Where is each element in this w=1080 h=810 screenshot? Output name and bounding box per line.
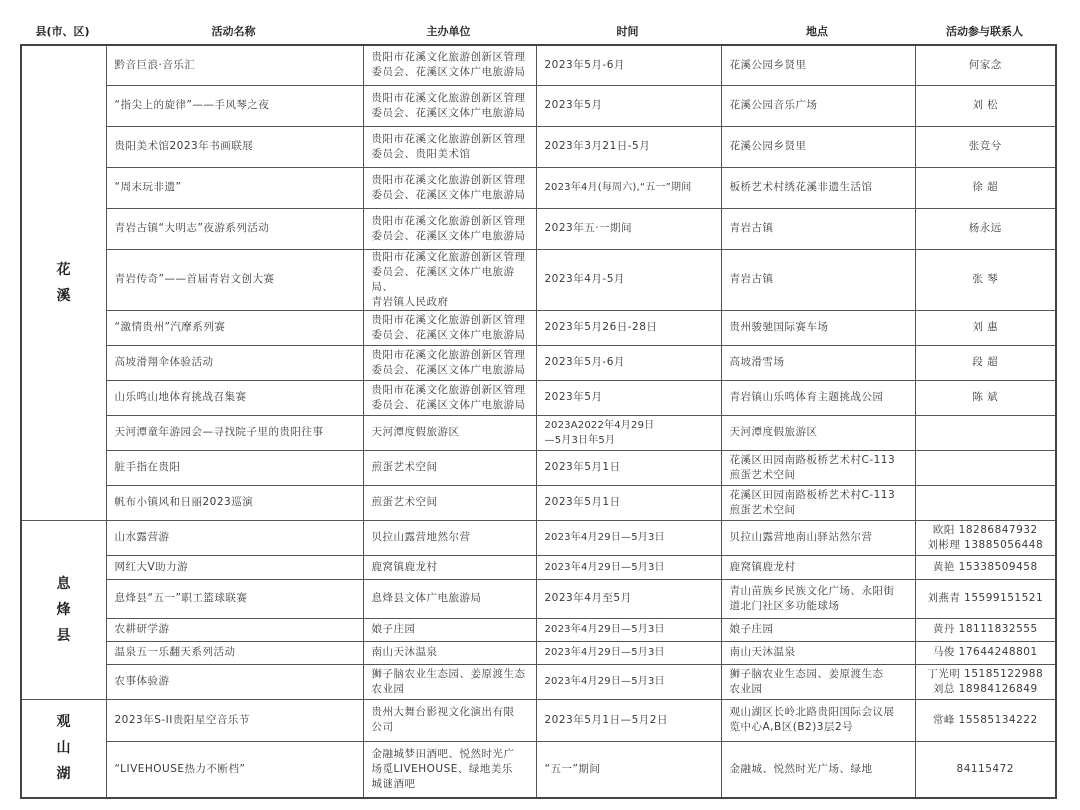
activity-name-cell: “LIVEHOUSE热力不断档” xyxy=(106,741,363,798)
table-row: “指尖上的旋律”——手风琴之夜贵阳市花溪文化旅游创新区管理委员会、花溪区文体广电… xyxy=(21,85,1056,126)
table-row: 贵阳美术馆2023年书画联展贵阳市花溪文化旅游创新区管理委员会、贵阳美术馆202… xyxy=(21,126,1056,167)
contact-cell: 刘 惠 xyxy=(915,310,1056,345)
activity-name-cell: 帆布小镇风和日丽2023巡演 xyxy=(106,485,363,520)
place-cell-line: 煎蛋艺术空间 xyxy=(730,468,907,483)
place-cell-line: 青岩古镇 xyxy=(730,221,907,236)
place-cell: 高坡滑雪场 xyxy=(721,345,915,380)
activity-name-cell: 网红大V助力游 xyxy=(106,555,363,579)
time-cell: “五一”期间 xyxy=(536,741,721,798)
time-cell-line: 2023年4月29日—5月3日 xyxy=(545,622,713,637)
place-cell-line: 道北门社区多功能球场 xyxy=(730,599,907,614)
contact-cell-line: 丁光明 15185122988 xyxy=(924,667,1048,682)
host-cell: 贵阳市花溪文化旅游创新区管理委员会、花溪区文体广电旅游局 xyxy=(363,167,536,208)
host-cell-line: 贝拉山露营地然尔营 xyxy=(372,530,528,545)
place-cell-line: 金融城、悦然时光广场、绿地 xyxy=(730,762,907,777)
place-cell: 金融城、悦然时光广场、绿地 xyxy=(721,741,915,798)
col-header-place: 地点 xyxy=(720,20,914,44)
time-cell-line: 2023年5月 xyxy=(545,98,713,113)
col-header-host: 主办单位 xyxy=(362,20,535,44)
host-cell-line: 委员会、花溪区文体广电旅游局 xyxy=(372,398,528,413)
place-cell-line: 花溪公园音乐广场 xyxy=(730,98,907,113)
place-cell: 花溪公园乡贤里 xyxy=(721,126,915,167)
place-cell-line: 天河潭度假旅游区 xyxy=(730,425,907,440)
table-row: 息烽县“五一”职工篮球联赛息烽县文体广电旅游局2023年4月至5月青山苗族乡民族… xyxy=(21,579,1056,618)
host-cell-line: 委员会、花溪区文体广电旅游局 xyxy=(372,188,528,203)
county-char: 花 xyxy=(22,257,106,283)
contact-cell: 刘 松 xyxy=(915,85,1056,126)
host-cell-line: 委员会、贵阳美术馆 xyxy=(372,147,528,162)
host-cell-line: 鹿窝镇鹿龙村 xyxy=(372,560,528,575)
host-cell-line: 贵阳市花溪文化旅游创新区管理 xyxy=(372,50,528,65)
activity-name-cell: 农耕研学游 xyxy=(106,618,363,641)
col-header-time: 时间 xyxy=(535,20,720,44)
host-cell-line: 委员会、花溪区文体广电旅游局、 xyxy=(372,265,528,295)
host-cell-line: 煎蛋艺术空间 xyxy=(372,495,528,510)
host-cell-line: 委员会、花溪区文体广电旅游局 xyxy=(372,229,528,244)
county-char: 山 xyxy=(22,735,106,761)
time-cell-line: “五一”期间 xyxy=(545,762,713,777)
host-cell: 贝拉山露营地然尔营 xyxy=(363,520,536,555)
place-cell-line: 花溪公园乡贤里 xyxy=(730,58,907,73)
contact-cell: 陈 斌 xyxy=(915,380,1056,415)
contact-cell: 何家念 xyxy=(915,45,1056,85)
place-cell: 花溪区田园南路板桥艺术村C-113煎蛋艺术空间 xyxy=(721,450,915,485)
table-row: 网红大V助力游鹿窝镇鹿龙村2023年4月29日—5月3日鹿窝镇鹿龙村黄艳 153… xyxy=(21,555,1056,579)
host-cell-line: 贵阳市花溪文化旅游创新区管理 xyxy=(372,383,528,398)
place-cell: 青山苗族乡民族文化广场、永阳街道北门社区多功能球场 xyxy=(721,579,915,618)
table-row: 帆布小镇风和日丽2023巡演煎蛋艺术空间2023年5月1日花溪区田园南路板桥艺术… xyxy=(21,485,1056,520)
time-cell: 2023年4月29日—5月3日 xyxy=(536,664,721,699)
host-cell: 贵阳市花溪文化旅游创新区管理委员会、花溪区文体广电旅游局 xyxy=(363,345,536,380)
host-cell-line: 公司 xyxy=(372,720,528,735)
contact-cell-line: 徐 超 xyxy=(924,180,1048,195)
time-cell-line: 2023年4月29日—5月3日 xyxy=(545,560,713,575)
place-cell-line: 娘子庄园 xyxy=(730,622,907,637)
host-cell-line: 狮子脑农业生态园、姜原渡生态 xyxy=(372,667,528,682)
county-char: 烽 xyxy=(22,597,106,623)
col-header-contact: 活动参与联系人 xyxy=(914,20,1055,44)
place-cell: 花溪公园音乐广场 xyxy=(721,85,915,126)
time-cell: 2023年5月 xyxy=(536,380,721,415)
host-cell-line: 委员会、花溪区文体广电旅游局 xyxy=(372,106,528,121)
table-row: 山乐鸣山地体育挑战召集赛贵阳市花溪文化旅游创新区管理委员会、花溪区文体广电旅游局… xyxy=(21,380,1056,415)
county-char: 湖 xyxy=(22,761,106,787)
time-cell: 2023年5月1日 xyxy=(536,485,721,520)
host-cell: 狮子脑农业生态园、姜原渡生态农业园 xyxy=(363,664,536,699)
activity-name-cell: 山乐鸣山地体育挑战召集赛 xyxy=(106,380,363,415)
time-cell: 2023年4月29日—5月3日 xyxy=(536,520,721,555)
time-cell-line: 2023年五·一期间 xyxy=(545,221,713,236)
time-cell: 2023年5月1日—5月2日 xyxy=(536,699,721,741)
host-cell-line: 农业园 xyxy=(372,682,528,697)
time-cell: 2023年4月-5月 xyxy=(536,249,721,310)
contact-cell: 徐 超 xyxy=(915,167,1056,208)
time-cell: 2023年4月29日—5月3日 xyxy=(536,618,721,641)
contact-cell-line: 杨永远 xyxy=(924,221,1048,236)
host-cell: 贵阳市花溪文化旅游创新区管理委员会、花溪区文体广电旅游局 xyxy=(363,208,536,249)
place-cell-line: 南山天沐温泉 xyxy=(730,645,907,660)
time-cell-line: 2023年5月1日 xyxy=(545,460,713,475)
activity-name-cell: 天河潭童年游园会—寻找院子里的贵阳往事 xyxy=(106,415,363,450)
contact-cell-line: 张 琴 xyxy=(924,272,1048,287)
contact-cell-line: 刘燕青 15599151521 xyxy=(924,591,1048,606)
host-cell-line: 息烽县文体广电旅游局 xyxy=(372,591,528,606)
table-row: 温泉五一乐翻天系列活动南山天沐温泉2023年4月29日—5月3日南山天沐温泉马俊… xyxy=(21,641,1056,664)
host-cell-line: 城谜酒吧 xyxy=(372,777,528,792)
time-cell: 2023A2022年4月29日—5月3日年5月 xyxy=(536,415,721,450)
place-cell: 青岩镇山乐鸣体育主题挑战公园 xyxy=(721,380,915,415)
contact-cell: 黄艳 15338509458 xyxy=(915,555,1056,579)
time-cell-line: 2023年4月至5月 xyxy=(545,591,713,606)
county-cell: 息烽县 xyxy=(21,520,106,699)
host-cell-line: 贵阳市花溪文化旅游创新区管理 xyxy=(372,214,528,229)
contact-cell xyxy=(915,485,1056,520)
contact-cell-line: 张竞兮 xyxy=(924,139,1048,154)
place-cell-line: 贵州骏驰国际赛车场 xyxy=(730,320,907,335)
place-cell: 鹿窝镇鹿龙村 xyxy=(721,555,915,579)
contact-cell xyxy=(915,415,1056,450)
contact-cell-line: 刘彬理 13885056448 xyxy=(924,538,1048,553)
contact-cell-line: 欧阳 18286847932 xyxy=(924,523,1048,538)
place-cell: 青岩古镇 xyxy=(721,249,915,310)
contact-cell: 刘燕青 15599151521 xyxy=(915,579,1056,618)
time-cell: 2023年5月 xyxy=(536,85,721,126)
place-cell-line: 览中心A,B区(B2)3层2号 xyxy=(730,720,907,735)
place-cell-line: 煎蛋艺术空间 xyxy=(730,503,907,518)
activity-name-cell: 2023年S-II贵阳星空音乐节 xyxy=(106,699,363,741)
activity-name-cell: “指尖上的旋律”——手风琴之夜 xyxy=(106,85,363,126)
host-cell-line: 煎蛋艺术空间 xyxy=(372,460,528,475)
col-header-county: 县(市、区) xyxy=(20,20,105,44)
contact-cell-line: 黄丹 18111832555 xyxy=(924,622,1048,637)
time-cell-line: 2023年4月-5月 xyxy=(545,272,713,287)
time-cell-line: 2023年4月(每周六),“五一”期间 xyxy=(545,180,713,195)
host-cell: 贵阳市花溪文化旅游创新区管理委员会、花溪区文体广电旅游局 xyxy=(363,380,536,415)
host-cell-line: 贵州大舞台影视文化演出有限 xyxy=(372,705,528,720)
table-row: 青岩传奇”——首届青岩文创大赛贵阳市花溪文化旅游创新区管理委员会、花溪区文体广电… xyxy=(21,249,1056,310)
host-cell: 金融城梦田酒吧、悦然时光广场觅LIVEHOUSE、绿地美乐城谜酒吧 xyxy=(363,741,536,798)
activity-name-cell: 农事体验游 xyxy=(106,664,363,699)
place-cell: 板桥艺术村绣花溪非遗生活馆 xyxy=(721,167,915,208)
place-cell: 贝拉山露营地南山驿站然尔营 xyxy=(721,520,915,555)
time-cell: 2023年4月(每周六),“五一”期间 xyxy=(536,167,721,208)
contact-cell-line: 刘 惠 xyxy=(924,320,1048,335)
time-cell: 2023年五·一期间 xyxy=(536,208,721,249)
host-cell: 煎蛋艺术空间 xyxy=(363,450,536,485)
time-cell-line: —5月3日年5月 xyxy=(545,433,713,448)
place-cell: 观山湖区长岭北路贵阳国际会议展览中心A,B区(B2)3层2号 xyxy=(721,699,915,741)
host-cell-line: 贵阳市花溪文化旅游创新区管理 xyxy=(372,173,528,188)
place-cell: 娘子庄园 xyxy=(721,618,915,641)
contact-cell: 杨永远 xyxy=(915,208,1056,249)
host-cell-line: 金融城梦田酒吧、悦然时光广 xyxy=(372,747,528,762)
host-cell-line: 贵阳市花溪文化旅游创新区管理 xyxy=(372,250,528,265)
time-cell: 2023年4月29日—5月3日 xyxy=(536,555,721,579)
activity-name-cell: 贵阳美术馆2023年书画联展 xyxy=(106,126,363,167)
table-row: 高坡滑翔伞体验活动贵阳市花溪文化旅游创新区管理委员会、花溪区文体广电旅游局202… xyxy=(21,345,1056,380)
contact-cell-line: 刘总 18984126849 xyxy=(924,682,1048,697)
time-cell: 2023年4月至5月 xyxy=(536,579,721,618)
table-row: 天河潭童年游园会—寻找院子里的贵阳往事天河潭度假旅游区2023A2022年4月2… xyxy=(21,415,1056,450)
table-row: 农耕研学游娘子庄园2023年4月29日—5月3日娘子庄园黄丹 181118325… xyxy=(21,618,1056,641)
time-cell: 2023年5月26日-28日 xyxy=(536,310,721,345)
county-cell: 花溪 xyxy=(21,45,106,520)
place-cell: 青岩古镇 xyxy=(721,208,915,249)
place-cell-line: 鹿窝镇鹿龙村 xyxy=(730,560,907,575)
host-cell: 贵州大舞台影视文化演出有限公司 xyxy=(363,699,536,741)
contact-cell: 张竞兮 xyxy=(915,126,1056,167)
contact-cell-line: 陈 斌 xyxy=(924,390,1048,405)
activity-name-cell: 脏手指在贵阳 xyxy=(106,450,363,485)
activity-name-cell: 青岩古镇“大明志”夜游系列活动 xyxy=(106,208,363,249)
table-row: 脏手指在贵阳煎蛋艺术空间2023年5月1日花溪区田园南路板桥艺术村C-113煎蛋… xyxy=(21,450,1056,485)
time-cell: 2023年4月29日—5月3日 xyxy=(536,641,721,664)
host-cell: 鹿窝镇鹿龙村 xyxy=(363,555,536,579)
host-cell: 息烽县文体广电旅游局 xyxy=(363,579,536,618)
contact-cell-line: 何家念 xyxy=(924,58,1048,73)
place-cell-line: 板桥艺术村绣花溪非遗生活馆 xyxy=(730,180,907,195)
place-cell-line: 狮子脑农业生态园、姜原渡生态 xyxy=(730,667,907,682)
contact-cell: 黄丹 18111832555 xyxy=(915,618,1056,641)
time-cell: 2023年5月-6月 xyxy=(536,345,721,380)
contact-cell-line: 马俊 17644248801 xyxy=(924,645,1048,660)
county-char: 溪 xyxy=(22,283,106,309)
table-row: 农事体验游狮子脑农业生态园、姜原渡生态农业园2023年4月29日—5月3日狮子脑… xyxy=(21,664,1056,699)
host-cell-line: 场觅LIVEHOUSE、绿地美乐 xyxy=(372,762,528,777)
place-cell: 花溪区田园南路板桥艺术村C-113煎蛋艺术空间 xyxy=(721,485,915,520)
place-cell-line: 贝拉山露营地南山驿站然尔营 xyxy=(730,530,907,545)
time-cell: 2023年5月1日 xyxy=(536,450,721,485)
table-row: 观山湖2023年S-II贵阳星空音乐节贵州大舞台影视文化演出有限公司2023年5… xyxy=(21,699,1056,741)
activity-name-cell: 黔音巨浪·音乐汇 xyxy=(106,45,363,85)
activity-name-cell: “激情贵州”汽摩系列赛 xyxy=(106,310,363,345)
time-cell-line: 2023年5月-6月 xyxy=(545,355,713,370)
time-cell: 2023年3月21日-5月 xyxy=(536,126,721,167)
place-cell-line: 青山苗族乡民族文化广场、永阳街 xyxy=(730,584,907,599)
place-cell-line: 花溪公园乡贤里 xyxy=(730,139,907,154)
time-cell-line: 2023A2022年4月29日 xyxy=(545,418,713,433)
time-cell-line: 2023年4月29日—5月3日 xyxy=(545,645,713,660)
place-cell: 贵州骏驰国际赛车场 xyxy=(721,310,915,345)
contact-cell: 张 琴 xyxy=(915,249,1056,310)
table-row: “周末玩非遗”贵阳市花溪文化旅游创新区管理委员会、花溪区文体广电旅游局2023年… xyxy=(21,167,1056,208)
time-cell-line: 2023年5月1日—5月2日 xyxy=(545,713,713,728)
table-row: 花溪黔音巨浪·音乐汇贵阳市花溪文化旅游创新区管理委员会、花溪区文体广电旅游局20… xyxy=(21,45,1056,85)
table-row: 息烽县山水露营游贝拉山露营地然尔营2023年4月29日—5月3日贝拉山露营地南山… xyxy=(21,520,1056,555)
table-row: “激情贵州”汽摩系列赛贵阳市花溪文化旅游创新区管理委员会、花溪区文体广电旅游局2… xyxy=(21,310,1056,345)
time-cell-line: 2023年4月29日—5月3日 xyxy=(545,530,713,545)
table-row: 青岩古镇“大明志”夜游系列活动贵阳市花溪文化旅游创新区管理委员会、花溪区文体广电… xyxy=(21,208,1056,249)
contact-cell: 段 超 xyxy=(915,345,1056,380)
activity-name-cell: 山水露营游 xyxy=(106,520,363,555)
time-cell-line: 2023年5月 xyxy=(545,390,713,405)
activity-name-cell: 高坡滑翔伞体验活动 xyxy=(106,345,363,380)
host-cell-line: 贵阳市花溪文化旅游创新区管理 xyxy=(372,91,528,106)
contact-cell-line: 黄艳 15338509458 xyxy=(924,560,1048,575)
place-cell-line: 高坡滑雪场 xyxy=(730,355,907,370)
host-cell: 贵阳市花溪文化旅游创新区管理委员会、花溪区文体广电旅游局、青岩镇人民政府 xyxy=(363,249,536,310)
host-cell: 贵阳市花溪文化旅游创新区管理委员会、花溪区文体广电旅游局 xyxy=(363,85,536,126)
host-cell: 南山天沐温泉 xyxy=(363,641,536,664)
time-cell-line: 2023年4月29日—5月3日 xyxy=(545,674,713,689)
host-cell-line: 南山天沐温泉 xyxy=(372,645,528,660)
place-cell-line: 花溪区田园南路板桥艺术村C-113 xyxy=(730,488,907,503)
host-cell: 贵阳市花溪文化旅游创新区管理委员会、花溪区文体广电旅游局 xyxy=(363,310,536,345)
place-cell: 花溪公园乡贤里 xyxy=(721,45,915,85)
place-cell-line: 花溪区田园南路板桥艺术村C-113 xyxy=(730,453,907,468)
host-cell-line: 娘子庄园 xyxy=(372,622,528,637)
time-cell-line: 2023年5月1日 xyxy=(545,495,713,510)
time-cell: 2023年5月-6月 xyxy=(536,45,721,85)
contact-cell-line: 刘 松 xyxy=(924,98,1048,113)
host-cell-line: 贵阳市花溪文化旅游创新区管理 xyxy=(372,313,528,328)
contact-cell xyxy=(915,450,1056,485)
place-cell: 南山天沐温泉 xyxy=(721,641,915,664)
contact-cell: 欧阳 18286847932刘彬理 13885056448 xyxy=(915,520,1056,555)
place-cell-line: 农业园 xyxy=(730,682,907,697)
time-cell-line: 2023年3月21日-5月 xyxy=(545,139,713,154)
county-char: 观 xyxy=(22,709,106,735)
contact-cell-line: 84115472 xyxy=(924,762,1048,777)
host-cell: 贵阳市花溪文化旅游创新区管理委员会、贵阳美术馆 xyxy=(363,126,536,167)
host-cell: 天河潭度假旅游区 xyxy=(363,415,536,450)
events-table: 花溪黔音巨浪·音乐汇贵阳市花溪文化旅游创新区管理委员会、花溪区文体广电旅游局20… xyxy=(20,44,1057,799)
contact-cell-line: 常峰 15585134222 xyxy=(924,713,1048,728)
place-cell-line: 青岩镇山乐鸣体育主题挑战公园 xyxy=(730,390,907,405)
host-cell-line: 贵阳市花溪文化旅游创新区管理 xyxy=(372,132,528,147)
host-cell: 贵阳市花溪文化旅游创新区管理委员会、花溪区文体广电旅游局 xyxy=(363,45,536,85)
county-cell: 观山湖 xyxy=(21,699,106,798)
place-cell-line: 观山湖区长岭北路贵阳国际会议展 xyxy=(730,705,907,720)
time-cell-line: 2023年5月26日-28日 xyxy=(545,320,713,335)
activity-name-cell: 息烽县“五一”职工篮球联赛 xyxy=(106,579,363,618)
place-cell-line: 青岩古镇 xyxy=(730,272,907,287)
host-cell-line: 委员会、花溪区文体广电旅游局 xyxy=(372,328,528,343)
contact-cell: 马俊 17644248801 xyxy=(915,641,1056,664)
activity-name-cell: 温泉五一乐翻天系列活动 xyxy=(106,641,363,664)
host-cell-line: 委员会、花溪区文体广电旅游局 xyxy=(372,363,528,378)
place-cell: 狮子脑农业生态园、姜原渡生态农业园 xyxy=(721,664,915,699)
activity-name-cell: 青岩传奇”——首届青岩文创大赛 xyxy=(106,249,363,310)
host-cell-line: 青岩镇人民政府 xyxy=(372,295,528,310)
contact-cell: 84115472 xyxy=(915,741,1056,798)
table-header: 县(市、区) 活动名称 主办单位 时间 地点 活动参与联系人 xyxy=(20,20,1055,44)
host-cell-line: 委员会、花溪区文体广电旅游局 xyxy=(372,65,528,80)
host-cell-line: 贵阳市花溪文化旅游创新区管理 xyxy=(372,348,528,363)
table-row: “LIVEHOUSE热力不断档”金融城梦田酒吧、悦然时光广场觅LIVEHOUSE… xyxy=(21,741,1056,798)
contact-cell-line: 段 超 xyxy=(924,355,1048,370)
county-char: 县 xyxy=(22,623,106,649)
host-cell-line: 天河潭度假旅游区 xyxy=(372,425,528,440)
contact-cell: 丁光明 15185122988刘总 18984126849 xyxy=(915,664,1056,699)
place-cell: 天河潭度假旅游区 xyxy=(721,415,915,450)
host-cell: 煎蛋艺术空间 xyxy=(363,485,536,520)
county-char: 息 xyxy=(22,571,106,597)
contact-cell: 常峰 15585134222 xyxy=(915,699,1056,741)
host-cell: 娘子庄园 xyxy=(363,618,536,641)
col-header-activity: 活动名称 xyxy=(105,20,362,44)
time-cell-line: 2023年5月-6月 xyxy=(545,58,713,73)
activity-name-cell: “周末玩非遗” xyxy=(106,167,363,208)
